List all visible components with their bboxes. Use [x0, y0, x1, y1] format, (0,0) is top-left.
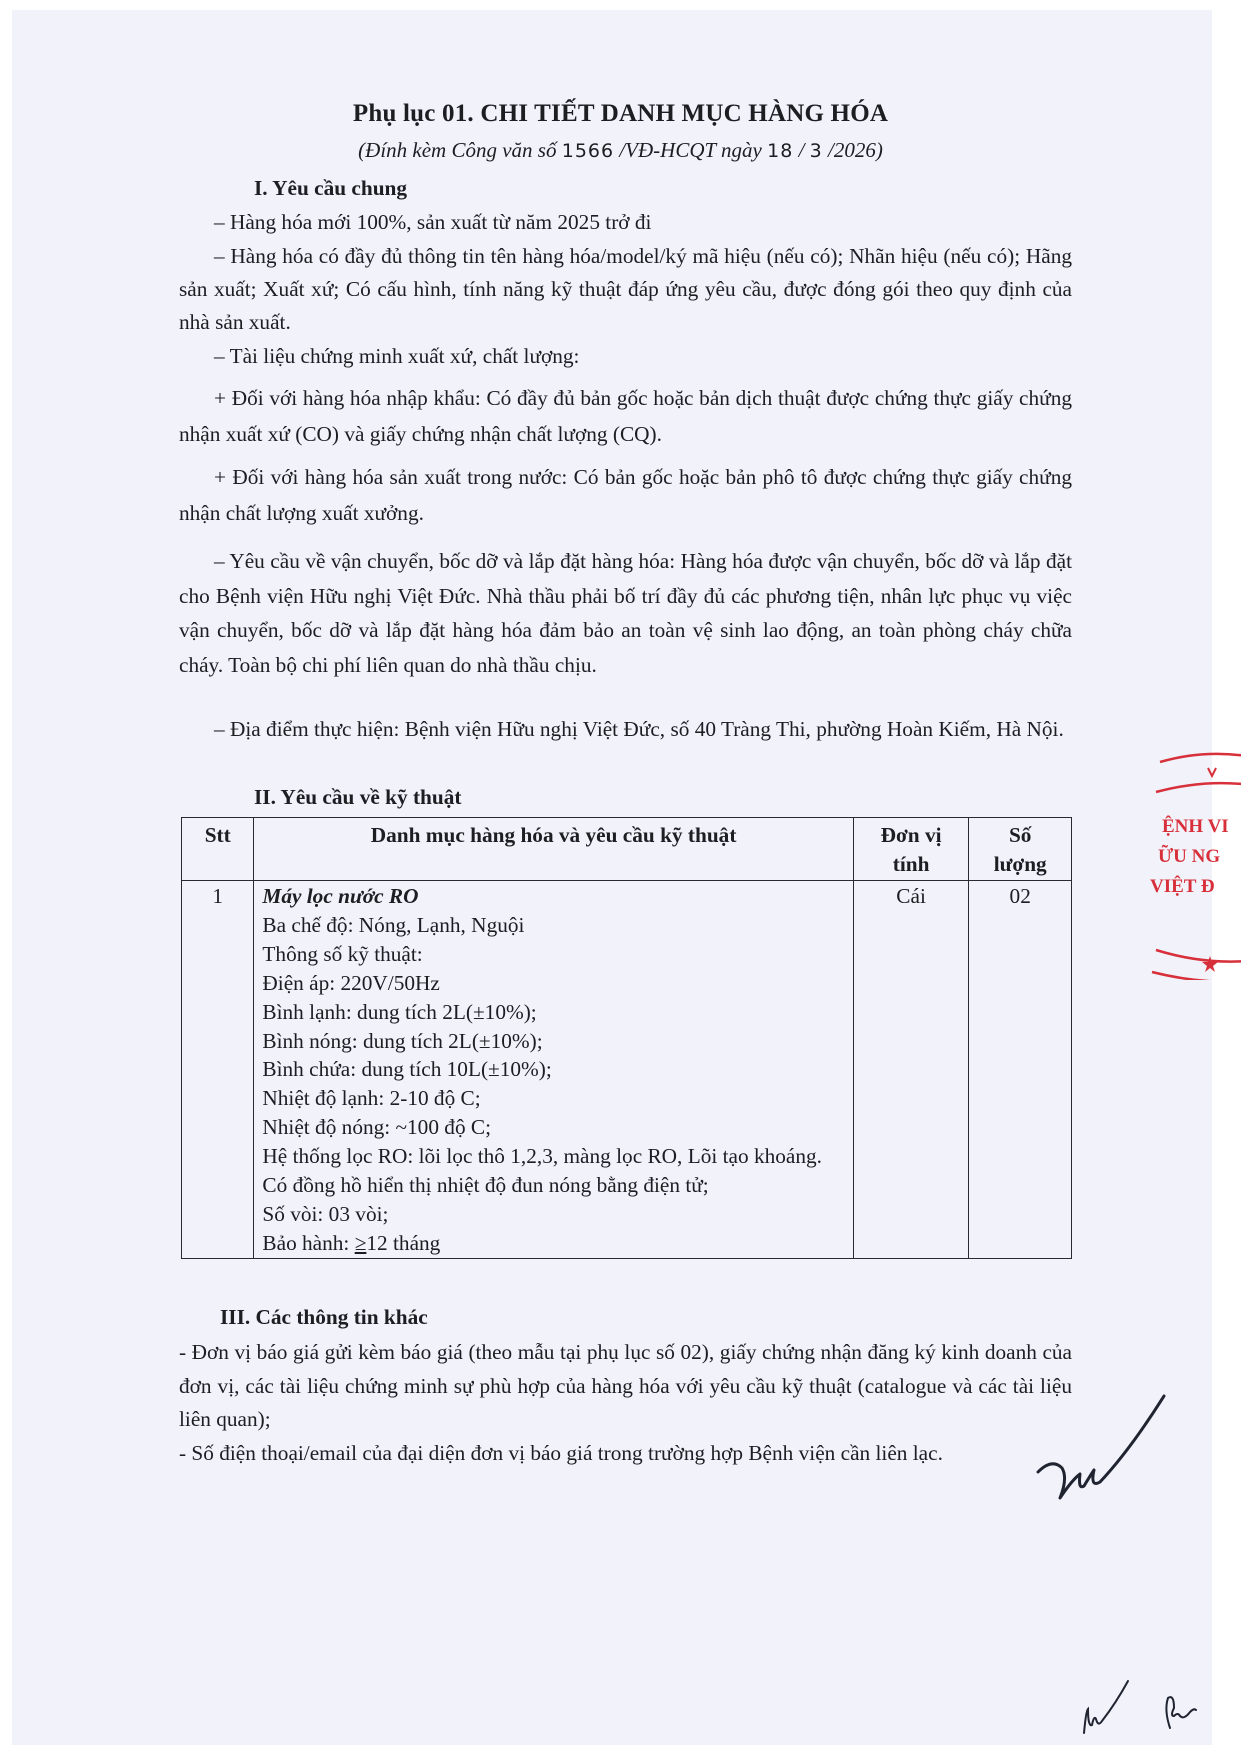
document-subtitle: (Đính kèm Công văn số 1566 /VĐ-HCQT ngày… — [0, 138, 1241, 163]
spec-line: Nhiệt độ nóng: ~100 độ C; — [262, 1113, 844, 1142]
spec-line: Điện áp: 220V/50Hz — [262, 969, 844, 998]
initials-1 — [1080, 1675, 1140, 1735]
header-quantity: Sốlượng — [969, 818, 1072, 881]
svg-text:VIỆT Đ: VIỆT Đ — [1150, 875, 1215, 897]
other-info-2: - Số điện thoại/email của đại diện đơn v… — [179, 1437, 1072, 1471]
general-requirement-2: – Hàng hóa có đầy đủ thông tin tên hàng … — [179, 240, 1072, 339]
spec-line: Có đồng hồ hiển thị nhiệt độ đun nóng bằ… — [262, 1171, 844, 1200]
item-name: Máy lọc nước RO — [262, 882, 844, 911]
official-stamp: ỆNH VI ỮU NG VIỆT Đ — [1148, 750, 1241, 980]
spec-line: Số vòi: 03 vòi; — [262, 1200, 844, 1229]
spec-line: Bình nóng: dung tích 2L(±10%); — [262, 1027, 844, 1056]
document-page: Phụ lục 01. CHI TIẾT DANH MỤC HÀNG HÓA (… — [0, 0, 1241, 1755]
cell-stt: 1 — [182, 881, 254, 1259]
spec-line: Ba chế độ: Nóng, Lạnh, Nguội — [262, 911, 844, 940]
spec-line: Bình chứa: dung tích 10L(±10%); — [262, 1055, 844, 1084]
spec-line: Hệ thống lọc RO: lõi lọc thô 1,2,3, màng… — [262, 1142, 844, 1171]
general-requirement-imported: + Đối với hàng hóa nhập khẩu: Có đầy đủ … — [179, 380, 1072, 452]
stamp-icon: ỆNH VI ỮU NG VIỆT Đ — [1148, 750, 1241, 980]
header-unit: Đơn vịtính — [853, 818, 969, 881]
cell-description: Máy lọc nước RO Ba chế độ: Nóng, Lạnh, N… — [254, 881, 853, 1259]
subtitle-sep: / — [793, 138, 809, 162]
section-2-heading: II. Yêu cầu về kỹ thuật — [254, 785, 461, 810]
subtitle-middle: /VĐ-HCQT ngày — [614, 138, 767, 162]
handwritten-day: 18 — [767, 140, 793, 162]
header-description: Danh mục hàng hóa và yêu cầu kỹ thuật — [254, 818, 853, 881]
subtitle-suffix: /2026) — [823, 138, 883, 162]
other-info-1: - Đơn vị báo giá gửi kèm báo giá (theo m… — [179, 1336, 1072, 1437]
general-requirement-domestic: + Đối với hàng hóa sản xuất trong nước: … — [179, 459, 1072, 531]
initials-2 — [1160, 1690, 1200, 1735]
table-header-row: Stt Danh mục hàng hóa và yêu cầu kỹ thuậ… — [182, 818, 1072, 881]
general-requirement-3: – Tài liệu chứng minh xuất xứ, chất lượn… — [179, 340, 1072, 373]
table-row: 1 Máy lọc nước RO Ba chế độ: Nóng, Lạnh,… — [182, 881, 1072, 1259]
technical-spec-table: Stt Danh mục hàng hóa và yêu cầu kỹ thuậ… — [181, 817, 1072, 1259]
general-requirement-1: – Hàng hóa mới 100%, sản xuất từ năm 202… — [179, 206, 1072, 239]
general-requirement-location: – Địa điểm thực hiện: Bệnh viện Hữu nghị… — [179, 712, 1072, 747]
signature-main — [1030, 1390, 1170, 1510]
handwritten-month: 3 — [810, 140, 823, 162]
section-3-heading: III. Các thông tin khác — [220, 1305, 428, 1330]
cell-quantity: 02 — [969, 881, 1072, 1259]
svg-text:ỆNH VI: ỆNH VI — [1162, 815, 1229, 837]
spec-line: Nhiệt độ lạnh: 2-10 độ C; — [262, 1084, 844, 1113]
section-1-heading: I. Yêu cầu chung — [254, 176, 407, 201]
handwritten-doc-number: 1566 — [562, 140, 614, 162]
subtitle-prefix: (Đính kèm Công văn số — [358, 138, 562, 162]
warranty-line: Bảo hành: ≥12 tháng — [262, 1229, 844, 1258]
general-requirement-transport: – Yêu cầu về vận chuyển, bốc dỡ và lắp đ… — [179, 544, 1072, 682]
gte-symbol: ≥ — [355, 1231, 367, 1255]
document-title: Phụ lục 01. CHI TIẾT DANH MỤC HÀNG HÓA — [0, 100, 1241, 128]
spec-line: Bình lạnh: dung tích 2L(±10%); — [262, 998, 844, 1027]
svg-text:ỮU NG: ỮU NG — [1158, 845, 1220, 867]
header-stt: Stt — [182, 818, 254, 881]
cell-unit: Cái — [853, 881, 969, 1259]
spec-line: Thông số kỹ thuật: — [262, 940, 844, 969]
